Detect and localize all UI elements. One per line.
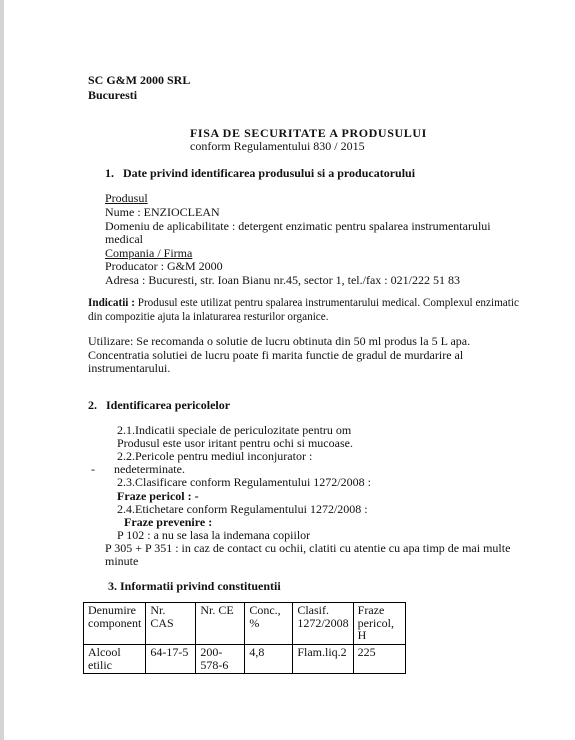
header-cell: Nr. CE — [196, 603, 245, 645]
product-label: Produsul — [105, 192, 148, 205]
table-cell: Flam.liq.2 — [293, 645, 353, 674]
indications-text: Produsul este utilizat pentru spalarea i… — [135, 297, 519, 309]
indications-line2: din compozitie ajuta la inlaturarea rest… — [88, 311, 329, 324]
usage-line1: Utilizare: Se recomanda o solutie de luc… — [88, 335, 470, 348]
indications-label: Indicatii : — [88, 297, 135, 309]
producer: Producator : G&M 2000 — [105, 260, 223, 273]
section-3-heading: 3. Informatii privind constituentii — [108, 580, 281, 593]
product-domain-line2: medical — [105, 233, 143, 246]
product-domain-line1: Domeniu de aplicabilitate : detergent en… — [105, 220, 491, 233]
address: Adresa : Bucuresti, str. Ioan Bianu nr.4… — [105, 274, 460, 287]
usage-line3: instrumentarului. — [88, 362, 170, 375]
header-cell: Clasif.1272/2008 — [293, 603, 353, 645]
constituents-table: Denumirecomponent Nr. CAS Nr. CE Conc.,%… — [83, 602, 406, 674]
header-cell: Conc.,% — [245, 603, 293, 645]
company-city: Bucuresti — [88, 89, 137, 102]
section-2-heading: 2. Identificarea pericolelor — [88, 399, 230, 412]
table-cell: Alcooletilic — [84, 645, 146, 674]
bullet-dash: - — [91, 463, 95, 476]
table-cell: 225 — [353, 645, 405, 674]
section-2-3: 2.3.Clasificare conform Regulamentului 1… — [117, 476, 371, 489]
table-cell: 4,8 — [245, 645, 293, 674]
p305-line1: P 305 + P 351 : in caz de contact cu och… — [105, 542, 510, 555]
header-cell: Frazepericol,H — [353, 603, 405, 645]
table-row: Alcooletilic 64-17-5 200-578-6 4,8 Flam.… — [84, 645, 406, 674]
header-cell: Nr. CAS — [146, 603, 196, 645]
header-cell: Denumirecomponent — [84, 603, 146, 645]
document-subtitle: conform Regulamentului 830 / 2015 — [190, 140, 365, 153]
table-header-row: Denumirecomponent Nr. CAS Nr. CE Conc.,%… — [84, 603, 406, 645]
product-name: Nume : ENZIOCLEAN — [105, 206, 220, 219]
company-name: SC G&M 2000 SRL — [88, 74, 190, 87]
table-cell: 200-578-6 — [196, 645, 245, 674]
section-1-heading: 1. Date privind identificarea produsului… — [105, 167, 415, 180]
table-cell: 64-17-5 — [146, 645, 196, 674]
p305-line2: minute — [105, 555, 138, 568]
indications-line1: Indicatii : Produsul este utilizat pentr… — [88, 297, 519, 310]
